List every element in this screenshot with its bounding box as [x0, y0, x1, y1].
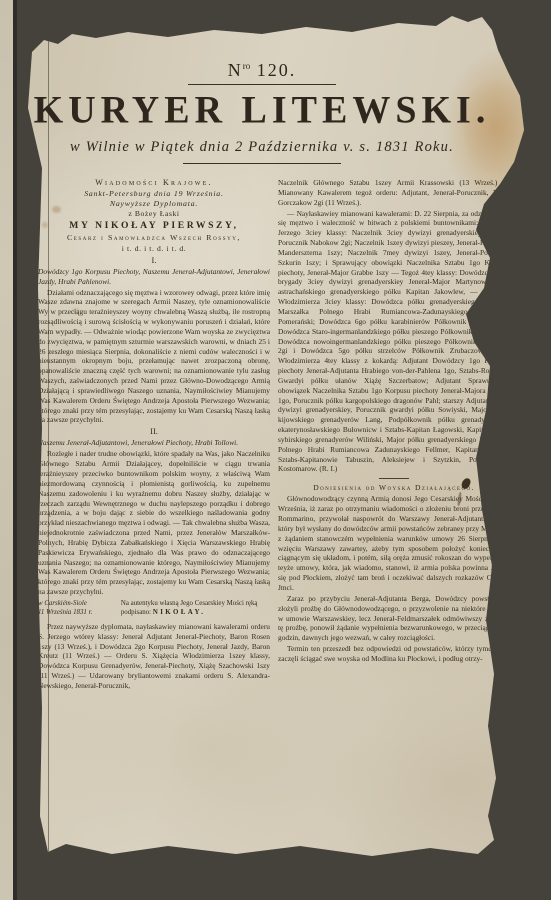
issue-prefix: N [228, 60, 243, 80]
masthead-rule-top [188, 84, 336, 85]
body-paragraph: Głównodowodzący czynną Armią donosi Jego… [278, 494, 510, 592]
signature-authentication: Na autentyku własną Jego Cesarskiey Mośc… [121, 600, 270, 618]
newspaper-page: Nro 120. KURYER LITEWSKI. w Wilnie w Pią… [12, 8, 532, 870]
section-divider-rule [379, 478, 409, 479]
page-gap-shadow [13, 0, 17, 900]
address-paragraph-2: Naszemu Jenerał-Adjutantowi, Jenerałowi … [38, 438, 270, 448]
body-paragraph: Naczelnik Głównego Sztabu 1szey Armii Kr… [278, 178, 510, 208]
body-paragraph: Zaraz po przybyciu Jenerał-Adjutanta Ber… [278, 594, 510, 643]
tsar-name: MY NIKOŁAY PIERWSZY, [38, 220, 270, 233]
adjacent-page-edge [0, 0, 13, 900]
dispatches-heading: Doniesienia od Woyska Działającego. [278, 483, 510, 493]
masthead: Nro 120. KURYER LITEWSKI. w Wilnie w Pią… [32, 60, 492, 164]
masthead-rule-bottom [183, 163, 341, 164]
etc-line: i t. d. i t. d. i t. d. [38, 244, 270, 254]
right-column: Naczelnik Głównego Sztabu 1szey Armii Kr… [278, 178, 510, 692]
address-paragraph-1: Dowódzcy 1go Korpusu Piechoty, Naszemu J… [38, 267, 270, 287]
body-paragraph: Działami odznaczającego się męztwa i wzo… [38, 288, 270, 426]
issue-value: 120. [250, 60, 296, 80]
masthead-dateline: w Wilnie w Piątek dnia 2 Października v.… [32, 139, 492, 156]
signature-place-date: w Carskiém-Siole 11 Września 1831 r. [38, 600, 115, 618]
left-column: Wiadomości Krajowe. Sankt-Petersburg dni… [38, 178, 270, 692]
signature-date: 11 Września 1831 r. [38, 609, 115, 618]
signature-name: NIKOŁAY. [153, 609, 206, 616]
scan-background: Nro 120. KURYER LITEWSKI. w Wilnie w Pią… [0, 0, 551, 900]
newspaper-title: KURYER LITEWSKI. [32, 87, 492, 133]
body-paragraph: Termin ten przeszedł bez odpowiedzi od p… [278, 644, 510, 664]
issue-number: Nro 120. [32, 60, 492, 81]
tsar-title: Cesarz i Samowładzca Wszech Rossyy, [38, 233, 270, 243]
grace-line: z Bożey Łaski [38, 209, 270, 219]
section-numeral-2: II. [38, 426, 270, 437]
signature-block: w Carskiém-Siole 11 Września 1831 r. Na … [38, 600, 270, 618]
section-heading: Wiadomości Krajowe. [38, 178, 270, 189]
body-paragraph: Rozległe i nader trudne obowiązki, które… [38, 449, 270, 597]
body-paragraph: Przez naywyższe dyplomata, nayłaskawiey … [38, 622, 270, 691]
article-body: Wiadomości Krajowe. Sankt-Petersburg dni… [38, 178, 510, 692]
left-subheading: Naywyższe Dyplomata. [38, 199, 270, 209]
section-numeral-1: I. [38, 255, 270, 266]
left-dateline: Sankt-Petersburg dnia 19 Września. [38, 189, 270, 199]
signature-place: w Carskiém-Siole [38, 600, 115, 609]
body-paragraph: — Nayłaskawiey mianowani kawalerami: D. … [278, 209, 510, 475]
